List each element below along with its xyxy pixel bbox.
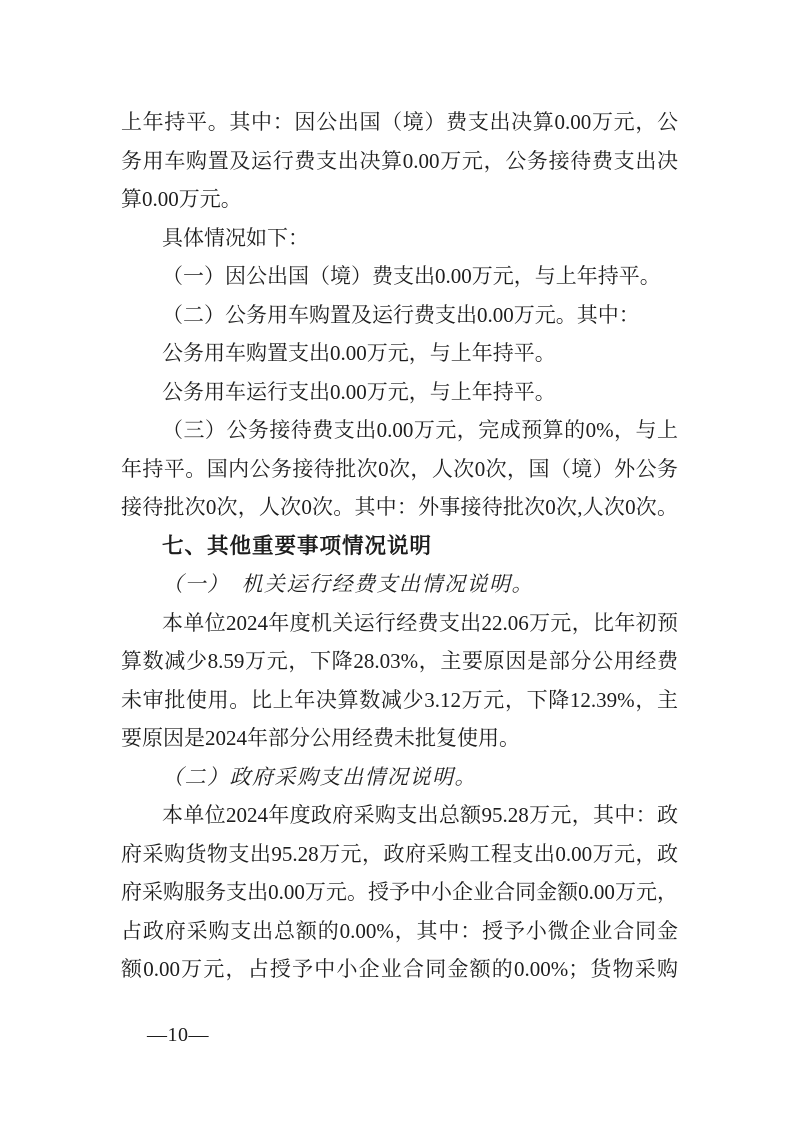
text-line: 要原因是2024年部分公用经费未批复使用。 <box>121 719 678 758</box>
text-line: （一）因公出国（境）费支出0.00万元，与上年持平。 <box>121 257 678 296</box>
text-line: 公务用车运行支出0.00万元，与上年持平。 <box>121 373 678 412</box>
text-line: 算数减少8.59万元，下降28.03%，主要原因是部分公用经费 <box>121 642 678 681</box>
text-line: 接待批次0次，人次0次。其中：外事接待批次0次,人次0次。 <box>121 488 678 527</box>
page-number: —10— <box>147 1022 209 1048</box>
text-line: 府采购服务支出0.00万元。授予中小企业合同金额0.00万元， <box>121 873 678 912</box>
document-body: 上年持平。其中：因公出国（境）费支出决算0.00万元，公 务用车购置及运行费支出… <box>121 103 678 989</box>
text-line: 本单位2024年度政府采购支出总额95.28万元，其中：政 <box>121 796 678 835</box>
text-line: 未审批使用。比上年决算数减少3.12万元，下降12.39%，主 <box>121 681 678 720</box>
text-line: 府采购货物支出95.28万元，政府采购工程支出0.00万元，政 <box>121 835 678 874</box>
text-line: （二）公务用车购置及运行费支出0.00万元。其中： <box>121 296 678 335</box>
text-line: （三）公务接待费支出0.00万元，完成预算的0%，与上 <box>121 411 678 450</box>
text-line: 算0.00万元。 <box>121 180 678 219</box>
document-page: 上年持平。其中：因公出国（境）费支出决算0.00万元，公 务用车购置及运行费支出… <box>0 0 800 1131</box>
text-line: 务用车购置及运行费支出决算0.00万元，公务接待费支出决 <box>121 142 678 181</box>
text-line: 占政府采购支出总额的0.00%，其中：授予小微企业合同金 <box>121 912 678 951</box>
subsection-heading: （一） 机关运行经费支出情况说明。 <box>121 565 678 604</box>
text-line: 具体情况如下： <box>121 219 678 258</box>
text-line: 公务用车购置支出0.00万元，与上年持平。 <box>121 334 678 373</box>
text-line: 年持平。国内公务接待批次0次，人次0次，国（境）外公务 <box>121 450 678 489</box>
subsection-heading: （二）政府采购支出情况说明。 <box>121 758 678 797</box>
section-heading: 七、其他重要事项情况说明 <box>121 527 678 566</box>
text-line: 本单位2024年度机关运行经费支出22.06万元，比年初预 <box>121 604 678 643</box>
text-line: 上年持平。其中：因公出国（境）费支出决算0.00万元，公 <box>121 103 678 142</box>
text-line: 额0.00万元，占授予中小企业合同金额的0.00%；货物采购 <box>121 950 678 989</box>
